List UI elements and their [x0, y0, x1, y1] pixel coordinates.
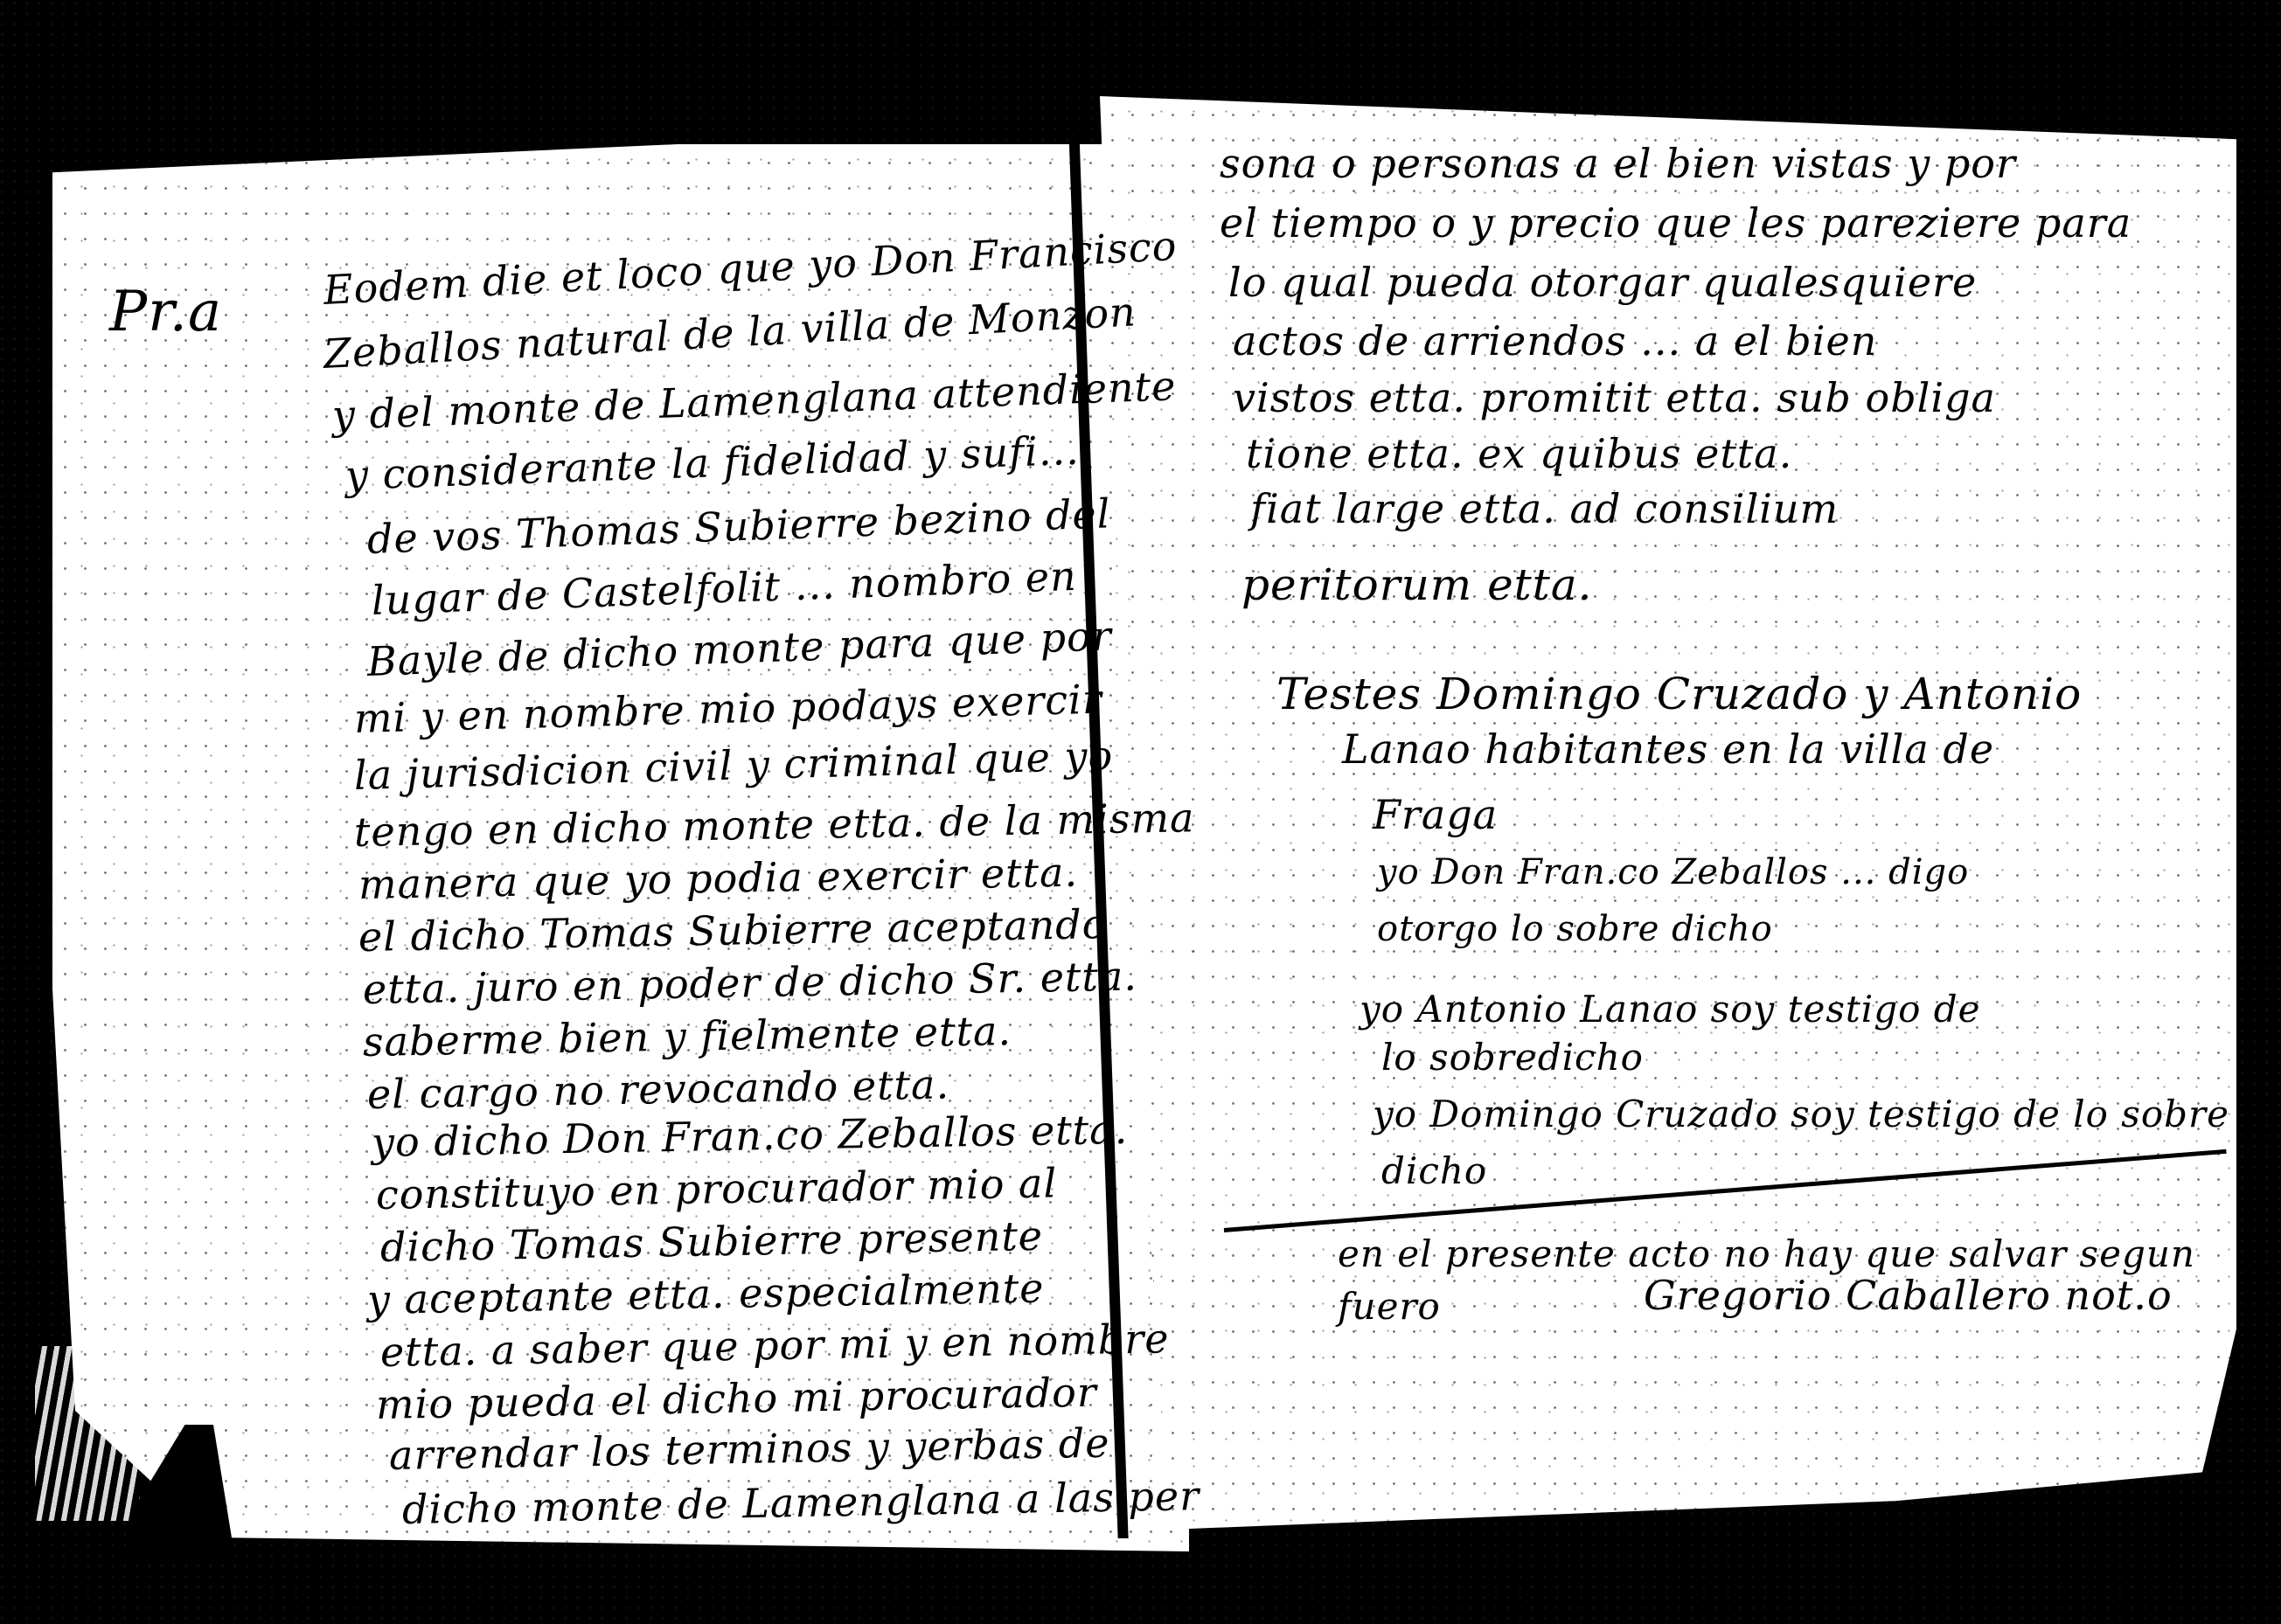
signature-line: otorgo lo sobre dicho [1377, 909, 1773, 949]
signature-line: lo sobredicho [1381, 1036, 1644, 1079]
text-line: vistos etta. promitit etta. sub obliga [1233, 374, 1996, 421]
text-line: sona o personas a el bien vistas y por [1220, 140, 2016, 187]
text-line: actos de arriendos ... a el bien [1233, 317, 1877, 364]
closing-note: en el presente acto no hay que salvar se… [1338, 1232, 2195, 1275]
witnesses-line: Lanao habitantes en la villa de [1342, 725, 1994, 773]
signature-line: yo Domingo Cruzado soy testigo de lo sob… [1373, 1093, 2229, 1135]
text-line: tione etta. ex quibus etta. [1246, 430, 1792, 477]
text-line: fiat large etta. ad consilium [1250, 485, 1839, 532]
signature-line: yo Antonio Lanao soy testigo de [1360, 988, 1980, 1031]
place-line: Fraga [1373, 791, 1498, 838]
text-line: el tiempo o y precio que les pareziere p… [1220, 199, 2131, 246]
closing-note: fuero [1338, 1285, 1441, 1328]
text-line: peritorum etta. [1241, 559, 1593, 610]
margin-note: Pr.a [109, 280, 222, 344]
folio-number: 80 [2020, 66, 2099, 137]
notary-signature: Gregorio Caballero not.o [1644, 1272, 2173, 1319]
text-line: lo qual pueda otorgar qualesquiere [1228, 259, 1977, 306]
witnesses-line: Testes Domingo Cruzado y Antonio [1276, 669, 2082, 719]
signature-line: yo Don Fran.co Zeballos ... digo [1377, 852, 1969, 892]
signature-line: dicho [1381, 1149, 1487, 1192]
